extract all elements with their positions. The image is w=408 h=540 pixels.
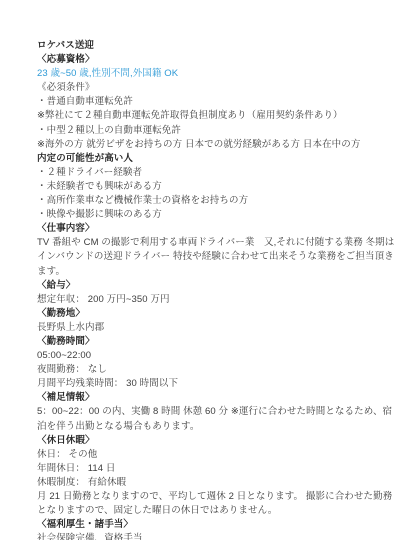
doc-line: 休暇制度： 有給休暇 xyxy=(37,476,397,490)
doc-line: 休日： その他 xyxy=(37,448,397,462)
doc-line: 《必須条件》 xyxy=(37,81,397,95)
doc-line: 年間休日： 114 日 xyxy=(37,462,397,476)
doc-line: 社会保険完備、資格手当 xyxy=(37,532,397,540)
doc-line: 月 21 日勤務となりますので、平均して週休 2 日となります。 撮影に合わせた… xyxy=(37,490,397,518)
doc-line: 想定年収： 200 万円~350 万円 xyxy=(37,293,397,307)
doc-section-header: 〈福利厚生・諸手当〉 xyxy=(37,518,397,532)
doc-line: 23 歳~50 歳,性別不問,外国籍 OK xyxy=(37,67,397,81)
doc-section-header: ロケバス送迎 xyxy=(37,39,397,53)
doc-section-header: 〈仕事内容〉 xyxy=(37,222,397,236)
doc-line: ・中型２種以上の自動車運転免許 xyxy=(37,124,397,138)
doc-line: TV 番組や CM の撮影で利用する車両ドライバー業 又,それに付随する業務 冬… xyxy=(37,236,397,278)
doc-section-header: 内定の可能性が高い人 xyxy=(37,152,397,166)
doc-line: 長野県上水内郡 xyxy=(37,321,397,335)
doc-line: ・２種ドライバー経験者 xyxy=(37,166,397,180)
doc-section-header: 〈勤務地〉 xyxy=(37,307,397,321)
doc-section-header: 〈給与〉 xyxy=(37,279,397,293)
doc-section-header: 〈休日休暇〉 xyxy=(37,434,397,448)
doc-line: 05:00~22:00 xyxy=(37,349,397,363)
doc-line: 夜間勤務： なし xyxy=(37,363,397,377)
doc-line: ・高所作業車など機械作業士の資格をお持ちの方 xyxy=(37,194,397,208)
document-body: ロケバス送迎〈応募資格〉23 歳~50 歳,性別不問,外国籍 OK《必須条件》・… xyxy=(37,39,397,540)
doc-line: ・普通自動車運転免許 xyxy=(37,95,397,109)
doc-section-header: 〈補足情報〉 xyxy=(37,391,397,405)
doc-line: 月間平均残業時間： 30 時間以下 xyxy=(37,377,397,391)
doc-section-header: 〈応募資格〉 xyxy=(37,53,397,67)
doc-line: ※弊社にて２種自動車運転免許取得負担制度あり（雇用契約条件あり） xyxy=(37,109,397,123)
doc-line: ※海外の方 就労ビザをお持ちの方 日本での就労経験がある方 日本在中の方 xyxy=(37,138,397,152)
doc-line: ・映像や撮影に興味のある方 xyxy=(37,208,397,222)
doc-section-header: 〈勤務時間〉 xyxy=(37,335,397,349)
document-page: ロケバス送迎〈応募資格〉23 歳~50 歳,性別不問,外国籍 OK《必須条件》・… xyxy=(0,0,408,540)
doc-line: 5：00~22：00 の内、実働 8 時間 休憩 60 分 ※運行に合わせた時間… xyxy=(37,405,397,433)
doc-line: ・未経験者でも興味がある方 xyxy=(37,180,397,194)
